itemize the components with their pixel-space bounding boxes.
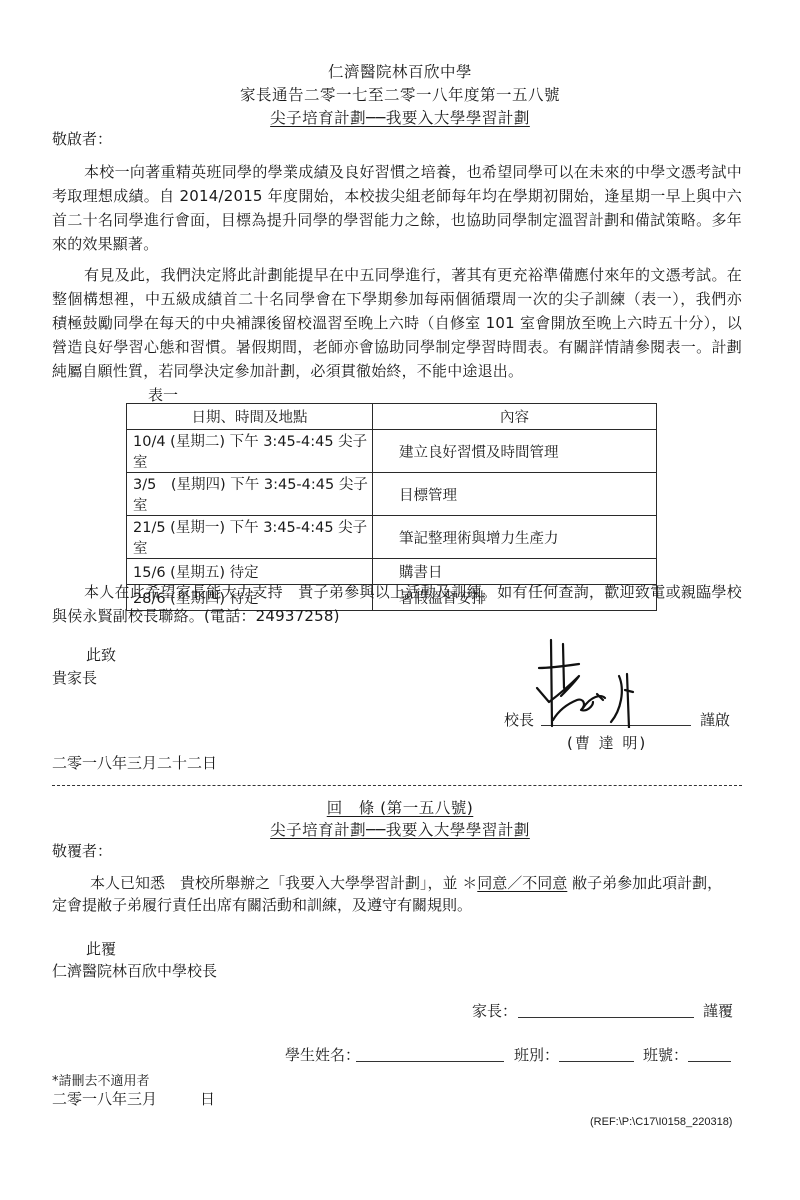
principal-sign-off: 謹啟 <box>700 709 730 730</box>
class-number-field[interactable] <box>688 1061 731 1062</box>
table-row: 3/5 (星期四) 下午 3:45-4:45 尖子室 目標管理 <box>127 473 657 516</box>
row-date: 21/5 (星期一) 下午 3:45-4:45 尖子室 <box>127 516 373 559</box>
principal-label: 校長 <box>504 709 534 730</box>
reply-date-prefix: 二零一八年三月 <box>52 1088 157 1109</box>
tear-off-line <box>52 785 742 786</box>
reference-code: (REF:\P:\C17\I0158_220318) <box>590 1116 732 1128</box>
parent-signature-field[interactable] <box>518 1017 694 1018</box>
reply-body-line-1: 本人已知悉 貴校所舉辦之「我要入大學學習計劃」，並 ＊同意／不同意 敝子弟參加此… <box>90 872 722 893</box>
notice-page: 仁濟醫院林百欣中學 家長通告二零一七至二零一八年度第一五八號 尖子培育計劃──我… <box>0 0 800 1200</box>
principal-name: (曹 達 明) <box>567 732 647 753</box>
agree-disagree-choice[interactable]: 同意／不同意 <box>477 874 567 892</box>
notice-title: 尖子培育計劃──我要入大學學習計劃 <box>270 109 530 127</box>
reply-slip-title: 回 條 (第一五八號) <box>327 799 474 817</box>
table-row: 10/4 (星期二) 下午 3:45-4:45 尖子室 建立良好習慣及時間管理 <box>127 430 657 473</box>
school-name: 仁濟醫院林百欣中學 <box>0 60 800 82</box>
reply-body-part1: 本人已知悉 貴校所舉辦之「我要入大學學習計劃」，並 ＊ <box>90 874 477 892</box>
reply-closing: 此覆 <box>86 938 116 959</box>
closing-parents: 貴家長 <box>52 667 97 688</box>
header-content: 內容 <box>373 404 657 430</box>
class-label: 班別： <box>514 1044 559 1065</box>
notice-date: 二零一八年三月二十二日 <box>52 752 217 773</box>
salutation: 敬啟者： <box>52 128 112 149</box>
table-header-row: 日期、時間及地點 內容 <box>127 404 657 430</box>
table-row: 21/5 (星期一) 下午 3:45-4:45 尖子室 筆記整理術與增力生產力 <box>127 516 657 559</box>
class-number-label: 班號： <box>643 1044 688 1065</box>
table-caption: 表一 <box>148 384 178 405</box>
parent-label: 家長： <box>472 1000 517 1021</box>
reply-title-wrap: 回 條 (第一五八號) <box>0 796 800 818</box>
footnote: *請刪去不適用者 <box>52 1070 150 1089</box>
reply-subtitle-wrap: 尖子培育計劃──我要入大學學習計劃 <box>0 818 800 840</box>
closing-this-to: 此致 <box>86 644 116 665</box>
row-content: 筆記整理術與增力生產力 <box>373 516 657 559</box>
student-name-label: 學生姓名： <box>285 1044 360 1065</box>
reply-body-line-2: 定會提敝子弟履行責任出席有關活動和訓練，及遵守有關規則。 <box>52 894 472 915</box>
row-date: 10/4 (星期二) 下午 3:45-4:45 尖子室 <box>127 430 373 473</box>
title-wrap: 尖子培育計劃──我要入大學學習計劃 <box>0 106 800 128</box>
principal-signature <box>535 630 695 728</box>
paragraph-3: 本人在此希望家長能大力支持 貴子弟參與以上活動及訓練。如有任何查詢，歡迎致電或親… <box>52 580 742 628</box>
reply-slip-subtitle: 尖子培育計劃──我要入大學學習計劃 <box>270 821 530 839</box>
notice-number: 家長通告二零一七至二零一八年度第一五八號 <box>0 83 800 105</box>
paragraph-1: 本校一向著重精英班同學的學業成績及良好習慣之培養，也希望同學可以在未來的中學文憑… <box>52 160 742 256</box>
parent-sign-off: 謹覆 <box>703 1000 733 1021</box>
reply-date-suffix: 日 <box>200 1088 215 1109</box>
paragraph-2: 有見及此，我們決定將此計劃能提早在中五同學進行，著其有更充裕準備應付來年的文憑考… <box>52 263 742 383</box>
reply-addressee: 仁濟醫院林百欣中學校長 <box>52 960 217 981</box>
student-name-field[interactable] <box>356 1061 504 1062</box>
row-date: 3/5 (星期四) 下午 3:45-4:45 尖子室 <box>127 473 373 516</box>
row-content: 建立良好習慣及時間管理 <box>373 430 657 473</box>
row-content: 目標管理 <box>373 473 657 516</box>
class-field[interactable] <box>559 1061 634 1062</box>
header-date-time-place: 日期、時間及地點 <box>127 404 373 430</box>
reply-body-part2: 敝子弟參加此項計劃， <box>567 874 722 892</box>
reply-salutation: 敬覆者： <box>52 840 112 861</box>
